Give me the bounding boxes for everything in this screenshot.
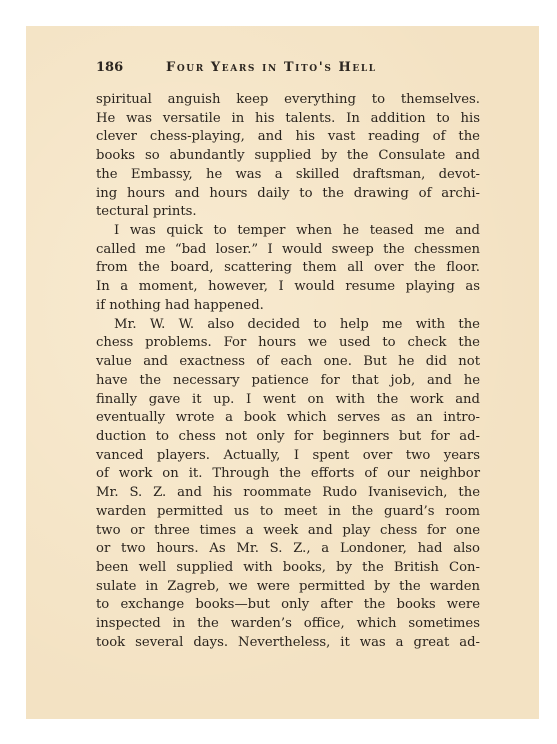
- text-line: ing hours and hours daily to the drawing…: [96, 185, 480, 204]
- page-header: 186 Four Years in Tito's Hell: [96, 60, 480, 80]
- text-line: eventually wrote a book which serves as …: [96, 409, 480, 428]
- text-line: vanced players. Actually, I spent over t…: [96, 447, 480, 466]
- text-line: value and exactness of each one. But he …: [96, 353, 480, 372]
- text-line: Mr. S. Z. and his roommate Rudo Ivanisev…: [96, 484, 480, 503]
- text-line: of work on it. Through the efforts of ou…: [96, 465, 480, 484]
- running-title: Four Years in Tito's Hell: [166, 60, 377, 75]
- text-line: if nothing had happened.: [96, 297, 480, 316]
- text-line: He was versatile in his talents. In addi…: [96, 110, 480, 129]
- text-line: In a moment, however, I would resume pla…: [96, 278, 480, 297]
- text-line: inspected in the warden’s office, which …: [96, 615, 480, 634]
- text-line: finally gave it up. I went on with the w…: [96, 391, 480, 410]
- text-line: called me “bad loser.” I would sweep the…: [96, 241, 480, 260]
- text-line: to exchange books—but only after the boo…: [96, 596, 480, 615]
- text-line: chess problems. For hours we used to che…: [96, 334, 480, 353]
- text-line: I was quick to temper when he teased me …: [96, 222, 480, 241]
- body-text: spiritual anguish keep everything to the…: [96, 91, 480, 653]
- page-number: 186: [96, 60, 123, 75]
- text-line: duction to chess not only for beginners …: [96, 428, 480, 447]
- text-line: took several days. Nevertheless, it was …: [96, 634, 480, 653]
- text-line: Mr. W. W. also decided to help me with t…: [96, 316, 480, 335]
- text-line: books so abundantly supplied by the Cons…: [96, 147, 480, 166]
- text-line: from the board, scattering them all over…: [96, 259, 480, 278]
- text-line: two or three times a week and play chess…: [96, 522, 480, 541]
- text-line: or two hours. As Mr. S. Z., a Londoner, …: [96, 540, 480, 559]
- text-line: have the necessary patience for that job…: [96, 372, 480, 391]
- text-line: clever chess-playing, and his vast readi…: [96, 128, 480, 147]
- text-line: spiritual anguish keep everything to the…: [96, 91, 480, 110]
- text-line: been well supplied with books, by the Br…: [96, 559, 480, 578]
- text-line: tectural prints.: [96, 203, 480, 222]
- text-line: the Embassy, he was a skilled draftsman,…: [96, 166, 480, 185]
- text-line: warden permitted us to meet in the guard…: [96, 503, 480, 522]
- text-line: sulate in Zagreb, we were permitted by t…: [96, 578, 480, 597]
